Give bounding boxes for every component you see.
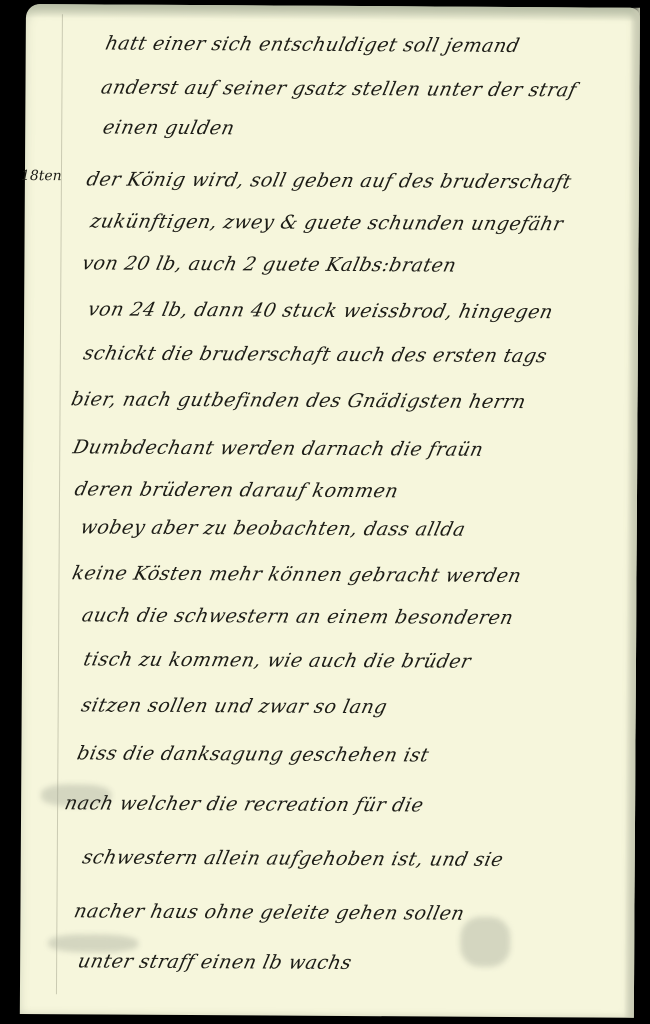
margin-rule [56,14,63,994]
text-line: tisch zu kommen, wie auch die brüder [82,648,474,672]
text-line: deren brüderen darauf kommen [73,478,401,502]
text-line: keine Kösten mehr können gebracht werden [70,562,524,587]
text-line: auch die schwestern an einem besonderen [80,604,516,629]
text-line: schickt die bruderschaft auch des ersten… [81,342,549,367]
text-line: einen gulden [101,116,237,139]
text-line: zukünftigen, zwey & guete schunden ungef… [88,210,565,235]
manuscript-page: 18ten hatt einer sich entschuldiget soll… [20,4,640,1018]
text-line: schwestern allein aufgehoben ist, und si… [80,846,505,871]
text-line: nacher haus ohne geleite gehen sollen [72,900,467,924]
text-line: wobey aber zu beobachten, dass allda [78,516,467,540]
text-line: nach welcher die recreation für die [63,792,426,816]
margin-note: 18ten [21,168,62,184]
text-line: der König wird, soll geben auf des brude… [85,168,574,193]
text-line: von 20 lb, auch 2 guete Kalbs:braten [80,252,459,276]
text-line: unter straff einen lb wachs [76,950,354,974]
text-line: anderst auf seiner gsatz stellen unter d… [99,76,579,101]
text-line: von 24 lb, dann 40 stuck weissbrod, hing… [86,298,555,323]
text-line: bier, nach gutbefinden des Gnädigsten he… [69,388,528,413]
page-right-edge [624,8,640,1018]
text-line: sitzen sollen und zwar so lang [79,694,389,718]
text-line: Dumbdechant werden darnach die fraün [71,436,486,460]
text-line: biss die danksagung geschehen ist [75,742,431,766]
ink-stain [460,917,510,967]
text-line: hatt einer sich entschuldiget soll jeman… [103,33,521,57]
page-top-edge [26,4,640,22]
